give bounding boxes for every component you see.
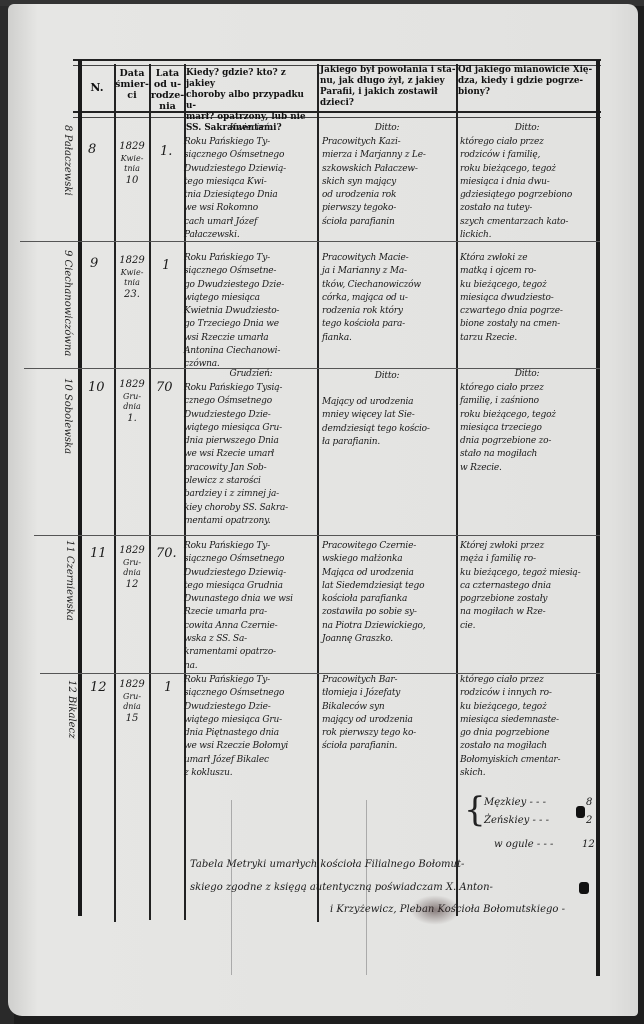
burial-heading: Ditto: bbox=[458, 368, 596, 381]
entry-circumstances: Roku Pańskiego Ty- siącznego Ośmsetnego … bbox=[184, 674, 318, 780]
entry-circumstances: Roku Pańskiego Ty- siącznego Ośmsetnego … bbox=[184, 540, 318, 673]
entry-age: 1 bbox=[164, 680, 172, 695]
entry-burial: Której zwłoki przez męża i familię ro- k… bbox=[460, 540, 596, 633]
entry-number: 10 bbox=[88, 380, 105, 395]
entry-age: 70 bbox=[156, 380, 173, 395]
entry-burial: którego ciało przez familię, i zaśniono … bbox=[460, 382, 596, 475]
entry-burial: Która zwłoki ze matką i ojcem ro- ku bie… bbox=[460, 252, 596, 345]
entry-date: 1829 Gru- dnia 15 bbox=[116, 678, 148, 726]
entry-date: 1829 Gru- dnia 12 bbox=[116, 544, 148, 592]
curly-brace: { bbox=[464, 793, 486, 827]
occupation-heading: Ditto: bbox=[320, 370, 454, 383]
entry-occupation: Pracowitych Bar- tłomieja i Józefaty Bik… bbox=[322, 674, 456, 754]
header-burial: Od jakiego mianowicie Xię- dza, kiedy i … bbox=[458, 65, 596, 98]
entry-number: 8 bbox=[88, 142, 96, 157]
table-right-border bbox=[596, 60, 600, 976]
header-bottom-rule bbox=[73, 111, 601, 118]
entry-occupation: Mający od urodzenia mniey więcey lat Sie… bbox=[322, 396, 456, 449]
entry-date: 1829 Gru- dnia 1. bbox=[116, 378, 148, 426]
header-age: Lata od u- rodze- nia bbox=[150, 68, 185, 112]
entry-age: 1 bbox=[162, 258, 170, 273]
col-divider-number-date bbox=[114, 64, 116, 922]
margin-name: 11 Czerniewska bbox=[64, 540, 75, 621]
header-occupation: Jakiego był powołania i sta- nu, jak dłu… bbox=[320, 65, 456, 109]
margin-name: 12 Bikalecz bbox=[66, 680, 77, 738]
header-date: Data śmier- ci bbox=[114, 68, 150, 101]
entry-circumstances: Roku Pańskiego Ty- siącznego Ośmsetne- g… bbox=[184, 252, 318, 372]
col-divider-occupation-burial bbox=[456, 64, 458, 916]
entry-circumstances: Roku Pańskiego Tysią- cznego Ośmsetnego … bbox=[184, 382, 318, 528]
ink-blot bbox=[579, 882, 589, 894]
col-divider-date-age bbox=[149, 64, 151, 920]
margin-name: 9 Ciechanowiczówna bbox=[62, 250, 73, 356]
month-heading: Kwiecień: bbox=[186, 122, 316, 135]
entry-number: 11 bbox=[90, 546, 107, 561]
entry-number: 9 bbox=[90, 256, 98, 271]
ink-smudge bbox=[410, 895, 460, 925]
margin-name: 8 Pałaczewski bbox=[62, 125, 73, 196]
entry-date: 1829 Kwie- tnia 23. bbox=[116, 254, 148, 302]
entry-occupation: Pracowitych Kazi- mierza i Marjanny z Le… bbox=[322, 136, 456, 229]
entry-date: 1829 Kwie- tnia 10 bbox=[116, 140, 148, 188]
month-heading: Grudzień: bbox=[186, 368, 316, 381]
table-left-border bbox=[78, 60, 82, 916]
header-number: N. bbox=[82, 82, 112, 93]
entry-occupation: Pracowitych Macie- ja i Marianny z Ma- t… bbox=[322, 252, 456, 345]
entry-age: 1. bbox=[160, 144, 172, 159]
burial-heading: Ditto: bbox=[458, 122, 596, 135]
entry-age: 70. bbox=[156, 546, 177, 561]
row-separator bbox=[34, 535, 600, 536]
margin-name: 10 Sobolewska bbox=[62, 378, 73, 454]
closing-line: Tabela Metryki umarłych kościoła Filialn… bbox=[190, 855, 464, 875]
ink-blot bbox=[576, 806, 585, 818]
entry-circumstances: Roku Pańskiego Ty- siącznego Ośmsetnego … bbox=[184, 136, 318, 242]
occupation-heading: Ditto: bbox=[320, 122, 454, 135]
entry-burial: którego ciało przez rodziców i familię, … bbox=[460, 136, 596, 242]
entry-occupation: Pracowitego Czernie- wskiego małżonka Ma… bbox=[322, 540, 456, 646]
summary-total: w ogule - - - 12 bbox=[494, 836, 594, 854]
entry-burial: którego ciało przez rodziców i innych ro… bbox=[460, 674, 596, 780]
entry-number: 12 bbox=[90, 680, 107, 695]
